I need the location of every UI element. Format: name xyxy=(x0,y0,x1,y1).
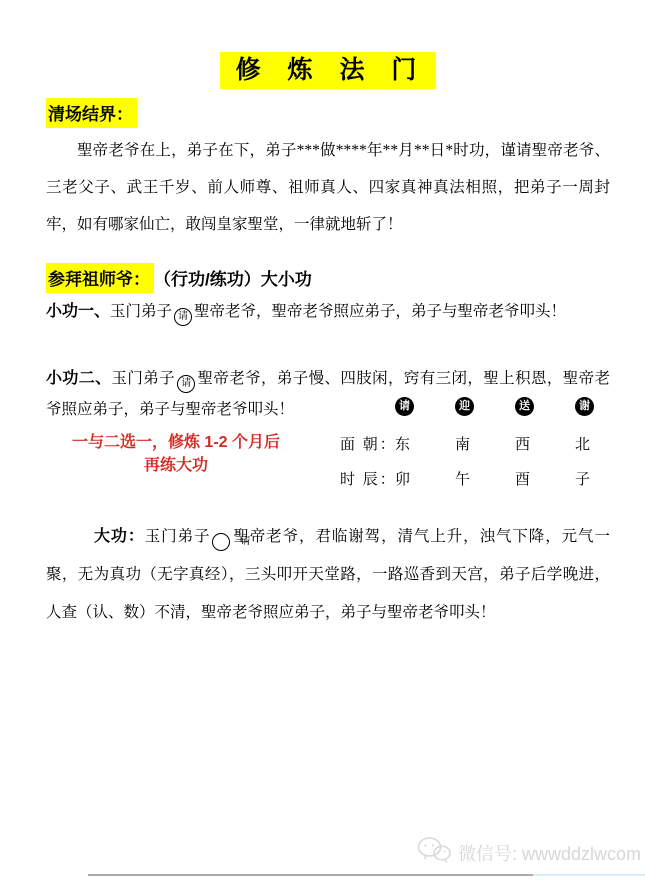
facing-north: 北 xyxy=(575,433,635,454)
section-heading-canbai: 参拜祖师爷：（行功/练功）大小功 xyxy=(46,263,312,293)
wechat-icon xyxy=(416,836,452,869)
xiaogong1-text-post: 聖帝老爷，聖帝老爷照应弟子，弟子与聖帝老爷叩头！ xyxy=(194,303,566,320)
stamp-song-icon: 送 xyxy=(515,397,534,416)
xiaogong2-text-pre: 玉门弟子 xyxy=(112,370,176,387)
footer-divider-gray xyxy=(88,874,533,876)
qingchang-body-paragraph: 聖帝老爷在上，弟子在下，弟子***做****年**月**日*时功，谨请聖帝老爷、… xyxy=(46,132,610,243)
hours-label: 时 辰： xyxy=(340,468,395,489)
dagong-label: 大功： xyxy=(94,528,145,545)
facing-south: 南 xyxy=(455,433,515,454)
qingchang-heading-text: 清场结界： xyxy=(46,98,137,128)
stamp-qing-icon: 请 xyxy=(395,397,414,416)
circled-qing-icon: 请 xyxy=(174,308,192,326)
document-page: 修 炼 法 门 清场结界： 聖帝老爷在上，弟子在下，弟子***做****年**月… xyxy=(0,0,645,881)
stamp-row: 请 迎 送 谢 xyxy=(340,395,640,417)
canbai-heading-text: 参拜祖师爷： xyxy=(46,263,154,293)
stamp-xie-icon: 谢 xyxy=(575,397,594,416)
section-heading-qingchang: 清场结界： xyxy=(46,98,137,128)
hour-mao: 卯 xyxy=(395,468,455,489)
watermark: 微信号: wwwddzlwcom xyxy=(416,836,641,869)
facing-west: 西 xyxy=(515,433,575,454)
footer-divider-blue xyxy=(533,874,645,876)
red-note: 一与二选一，修炼 1-2 个月后 再练大功 xyxy=(52,431,300,477)
page-title: 修 炼 法 门 xyxy=(46,52,610,89)
facing-row: 面 朝： 东 南 西 北 xyxy=(340,432,640,454)
hours-row: 时 辰： 卯 午 酉 子 xyxy=(340,467,640,489)
xiaogong1-paragraph: 小功一、玉门弟子请聖帝老爷，聖帝老爷照应弟子，弟子与聖帝老爷叩头！ xyxy=(46,300,610,326)
red-note-line2: 再练大功 xyxy=(52,454,300,477)
dagong-paragraph: 大功：玉门弟子请聖帝老爷，君临谢驾，清气上升，浊气下降，元气一聚，无为真功（无字… xyxy=(46,518,610,632)
canbai-subheading-text: （行功/练功）大小功 xyxy=(154,270,312,289)
hour-you: 酉 xyxy=(515,468,575,489)
facing-label: 面 朝： xyxy=(340,433,395,454)
xiaogong1-text-pre: 玉门弟子 xyxy=(110,303,172,320)
xiaogong2-label: 小功二、 xyxy=(46,370,112,387)
stamp-ying-icon: 迎 xyxy=(455,397,474,416)
page-title-text: 修 炼 法 门 xyxy=(220,52,437,89)
xiaogong1-label: 小功一、 xyxy=(46,303,110,320)
watermark-label: 微信号: wwwddzlwcom xyxy=(458,840,641,866)
ritual-table: 请 迎 送 谢 面 朝： 东 南 西 北 时 辰： 卯 午 酉 子 xyxy=(340,395,640,489)
circled-qing-icon: 请 xyxy=(212,533,230,551)
red-note-line1: 一与二选一，修炼 1-2 个月后 xyxy=(52,431,300,454)
circled-qing-icon: 请 xyxy=(177,375,195,393)
hour-zi: 子 xyxy=(575,468,635,489)
hour-wu: 午 xyxy=(455,468,515,489)
facing-east: 东 xyxy=(395,433,455,454)
